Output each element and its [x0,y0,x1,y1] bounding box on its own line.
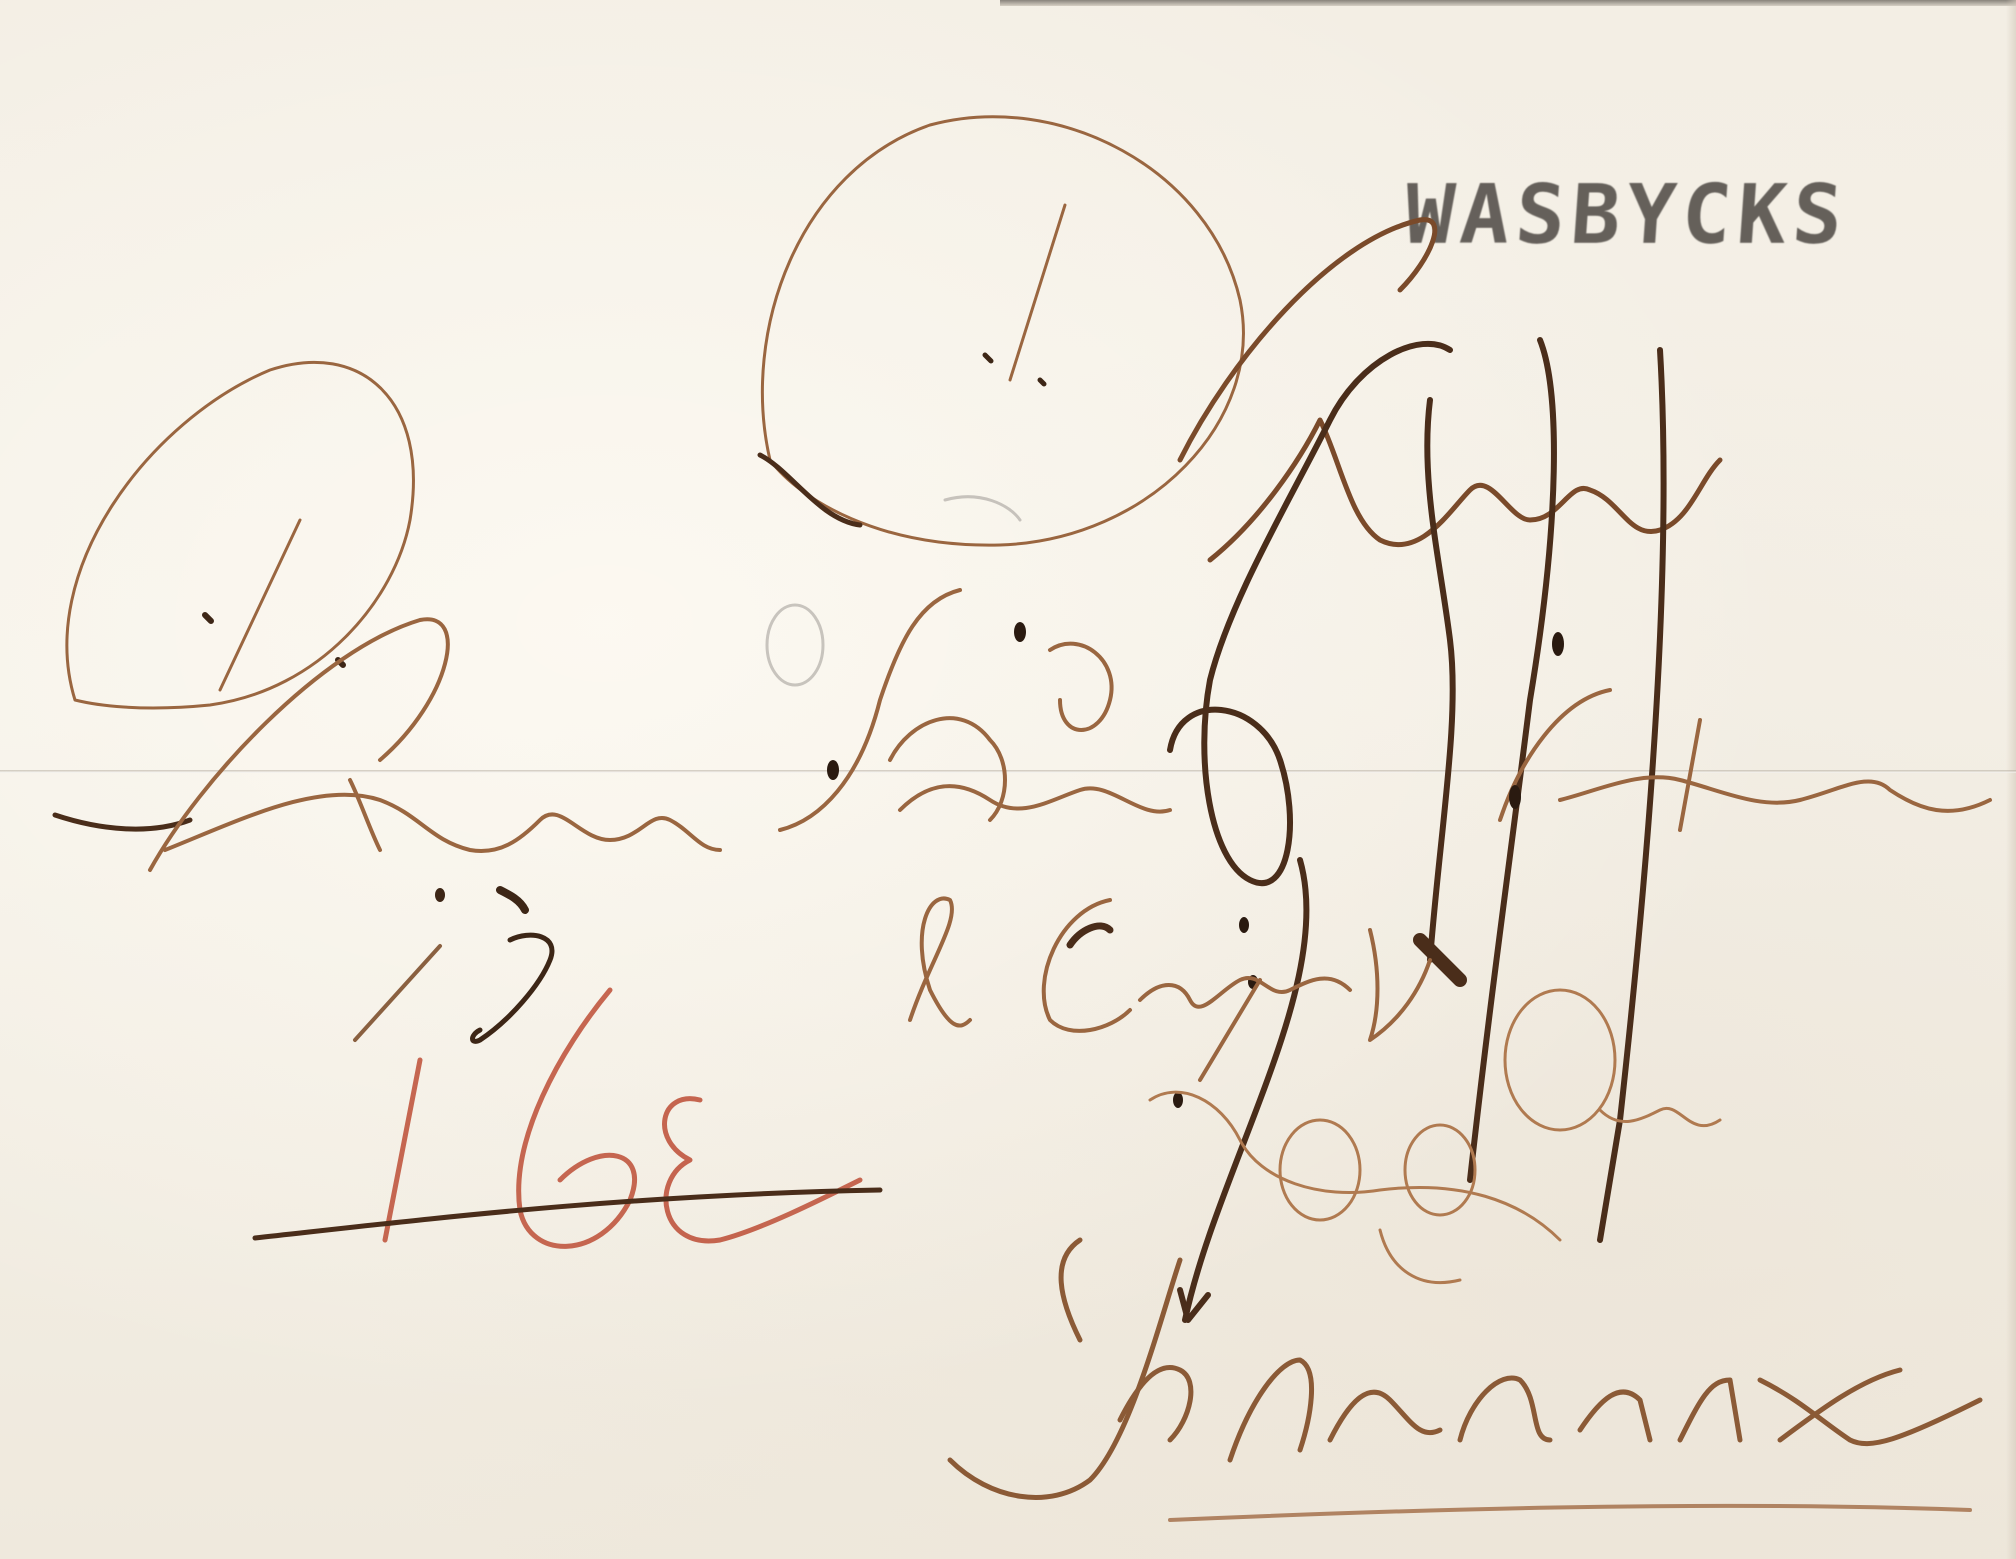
rate-large-24 [1170,340,1664,1320]
en-flourish [1150,990,1720,1283]
city-underline [1170,1506,1970,1520]
faint-postmark [767,497,1020,685]
